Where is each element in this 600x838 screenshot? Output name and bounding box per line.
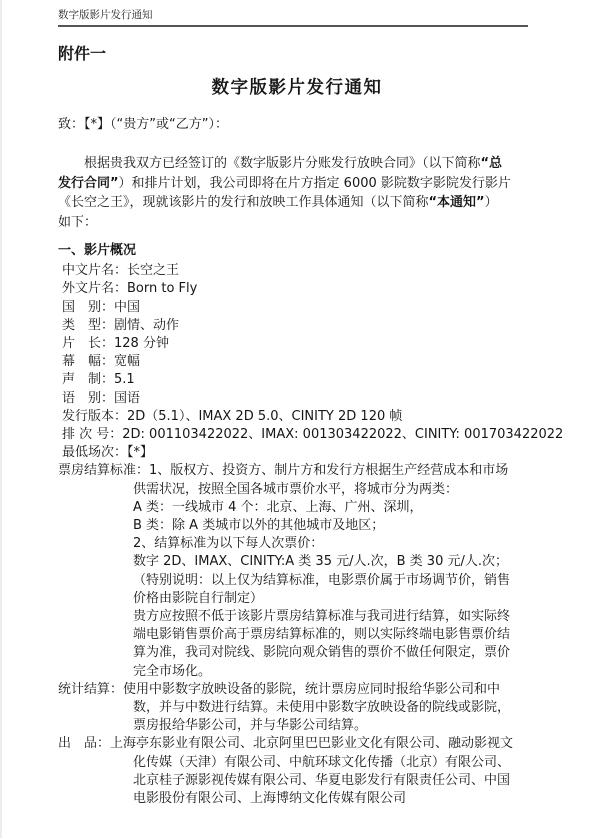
item-runtime: 片 长：128 分钟: [58, 335, 536, 353]
producers-line: 化传媒（天津）有限公司、中航环球文化传播（北京）有限公司、: [58, 754, 536, 772]
item-producers: 出 品：上海亭东影业有限公司、北京阿里巴巴影业文化有限公司、融动影视文: [58, 735, 536, 753]
item-label: 票房结算标准：: [58, 463, 149, 478]
item-text: 上海亭东影业有限公司、北京阿里巴巴影业文化有限公司、融动影视文: [110, 736, 513, 751]
attachment-label: 附件一: [58, 44, 536, 64]
box-office-line: 数字 2D、IMAX、CINITY:A 类 35 元/人.次，B 类 30 元/…: [58, 553, 536, 571]
item-chinese-title: 中文片名：长空之王: [58, 262, 536, 280]
item-minimum-screenings: 最低场次：【*】: [58, 444, 536, 462]
item-foreign-title: 外文片名：Born to Fly: [58, 280, 536, 298]
intro-text: 根据贵我双方已经签订的《数字版影片分账发行放映合同》（以下简称: [84, 156, 481, 171]
item-sound-format: 声 制：5.1: [58, 371, 536, 389]
item-label: 出 品：: [58, 736, 110, 751]
section-heading-film-overview: 一、影片概况: [58, 241, 536, 260]
item-sequence-numbers: 排 次 号：2D: 001103422022、IMAX: 00130342202…: [58, 426, 536, 444]
item-statistics-settlement: 统计结算：使用中影数字放映设备的影院，统计票房应同时报给华影公司和中: [58, 681, 536, 699]
intro-line: 根据贵我双方已经签订的《数字版影片分账发行放映合同》（以下简称“总: [58, 154, 536, 174]
box-office-line: 价格由影院自行制定）: [58, 590, 536, 608]
item-language: 语 别：国语: [58, 390, 536, 408]
box-office-line: A 类：一线城市 4 个：北京、上海、广州、深圳，: [58, 499, 536, 517]
film-overview-list: 中文片名：长空之王 外文片名：Born to Fly 国 别：中国 类 型：剧情…: [58, 262, 536, 808]
intro-bold-text: “总: [481, 156, 503, 171]
intro-text: 《长空之王》，现就该影片的发行和放映工作具体通知（以下简称: [58, 195, 429, 210]
header-divider: [58, 25, 528, 27]
item-text: 1、版权方、投资方、制片方和发行方根据生产经营成本和市场: [149, 463, 508, 478]
running-header: 数字版影片发行通知: [58, 8, 536, 22]
item-aspect-ratio: 幕 幅：宽幅: [58, 353, 536, 371]
box-office-line: B 类：除 A 类城市以外的其他城市及地区；: [58, 517, 536, 535]
item-text: 使用中影数字放映设备的影院，统计票房应同时报给华影公司和中: [123, 682, 500, 697]
document-title: 数字版影片发行通知: [58, 77, 536, 99]
item-label: 统计结算：: [58, 682, 123, 697]
salutation: 致：【*】（“贵方”或“乙方”）：: [58, 116, 536, 134]
intro-line: 《长空之王》，现就该影片的发行和放映工作具体通知（以下简称“本通知”）: [58, 193, 536, 213]
item-box-office-standard: 票房结算标准：1、版权方、投资方、制片方和发行方根据生产经营成本和市场: [58, 462, 536, 480]
box-office-line: 完全市场化。: [58, 663, 536, 681]
intro-bold-text: “本通知”: [429, 195, 485, 210]
statistics-line: 票房报给华影公司，并与华影公司结算。: [58, 717, 536, 735]
box-office-line: 端电影销售票价高于票房结算标准的，则以实际终端电影售票价结: [58, 626, 536, 644]
intro-line: 发行合同”）和排片计划，我公司即将在片方指定 6000 影院数字影院发行影片: [58, 174, 536, 194]
statistics-line: 数，并与中数进行结算。未使用中影数字放映设备的院线或影院，: [58, 699, 536, 717]
producers-line: 电影股份有限公司、上海博纳文化传媒有限公司: [58, 790, 536, 808]
item-country: 国 别：中国: [58, 299, 536, 317]
producers-line: 北京桂子源影视传媒有限公司、华夏电影发行有限责任公司、中国: [58, 772, 536, 790]
box-office-line: （特别说明：以上仅为结算标准，电影票价属于市场调节价，销售: [58, 572, 536, 590]
intro-line: 如下：: [58, 213, 536, 233]
intro-bold-text: 发行合同”: [58, 176, 119, 191]
item-genre: 类 型：剧情、动作: [58, 317, 536, 335]
intro-text: ）: [485, 195, 498, 210]
intro-text: 如下：: [58, 215, 97, 230]
intro-paragraph: 根据贵我双方已经签订的《数字版影片分账发行放映合同》（以下简称“总 发行合同”）…: [58, 154, 536, 232]
intro-text: ）和排片计划，我公司即将在片方指定 6000 影院数字影院发行影片: [119, 176, 511, 191]
box-office-line: 贵方应按照不低于该影片票房结算标准与我司进行结算，如实际终: [58, 608, 536, 626]
document-page: 数字版影片发行通知 附件一 数字版影片发行通知 致：【*】（“贵方”或“乙方”）…: [0, 0, 600, 838]
box-office-line: 算为准，我司对院线、影院向观众销售的票价不做任何限定，票价: [58, 644, 536, 662]
item-release-versions: 发行版本：2D（5.1）、IMAX 2D 5.0、CINITY 2D 120 帧: [58, 408, 536, 426]
box-office-line: 供需状况，按照全国各城市票价水平，将城市分为两类：: [58, 481, 536, 499]
box-office-line: 2、结算标准为以下每人次票价：: [58, 535, 536, 553]
